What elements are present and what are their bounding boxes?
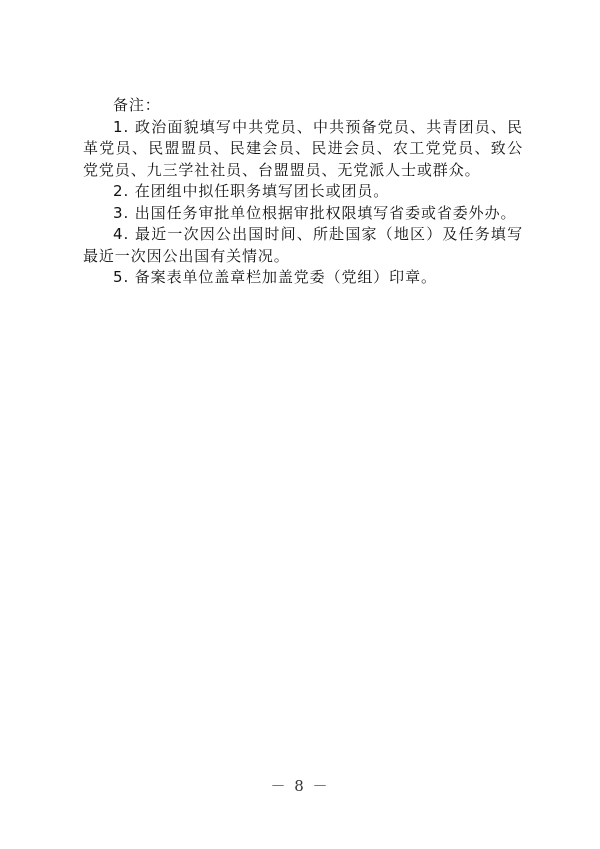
- notes-section: 备注： 1. 政治面貌填写中共党员、中共预备党员、共青团员、民革党员、民盟盟员、…: [83, 95, 523, 289]
- note-item-2: 2. 在团组中拟任职务填写团长或团员。: [83, 181, 523, 203]
- note-item-4: 4. 最近一次因公出国时间、所赴国家（地区）及任务填写最近一次因公出国有关情况。: [83, 224, 523, 267]
- page-number: － 8 －: [0, 775, 600, 796]
- notes-heading: 备注：: [83, 95, 523, 117]
- note-item-3: 3. 出国任务审批单位根据审批权限填写省委或省委外办。: [83, 203, 523, 225]
- note-item-5: 5. 备案表单位盖章栏加盖党委（党组）印章。: [83, 267, 523, 289]
- document-page: 备注： 1. 政治面貌填写中共党员、中共预备党员、共青团员、民革党员、民盟盟员、…: [0, 0, 600, 849]
- note-item-1: 1. 政治面貌填写中共党员、中共预备党员、共青团员、民革党员、民盟盟员、民建会员…: [83, 117, 523, 182]
